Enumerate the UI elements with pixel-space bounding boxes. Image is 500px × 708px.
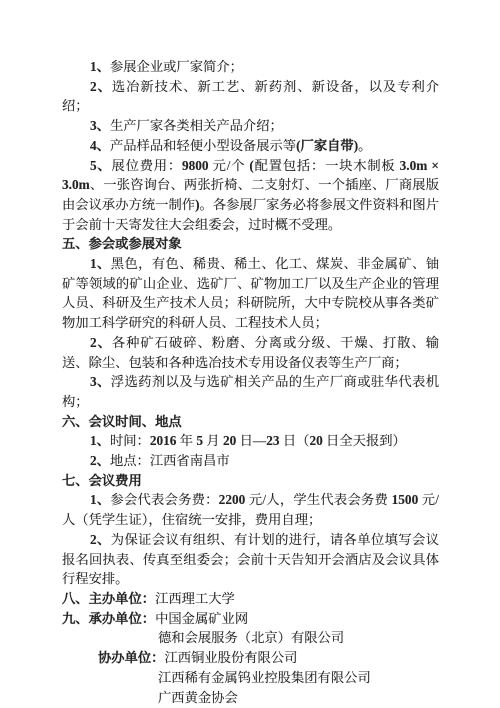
- text-segment: 1、: [90, 433, 110, 448]
- text-segment: 2200: [219, 492, 246, 507]
- text-segment: 生产厂家各类相关产品介绍；: [110, 118, 283, 133]
- fee-item-2: 2、为保证会议有组织、有计划的进行，请各单位填写会议报名回执表、传真至组委会；会…: [62, 530, 439, 589]
- text-segment: 日—: [236, 433, 266, 448]
- document-body: 1、参展企业或厂家简介；2、选冶新技术、新工艺、新药剂、新设备，以及专利介绍；3…: [62, 57, 439, 707]
- text-segment: 日全天报到）: [323, 433, 406, 448]
- text-segment: 2、: [90, 335, 112, 350]
- attendee-item-2: 2、各种矿石破碎、粉磨、分离或分级、干燥、打散、输送、除尘、包装和各种选冶技术专…: [62, 333, 439, 372]
- venue-item: 2、地点：江西省南昌市: [62, 451, 439, 471]
- text-segment: 中国金属矿业网: [155, 611, 248, 626]
- host-line: 八、主办单位：江西理工大学: [62, 589, 439, 609]
- text-segment: 3、: [90, 118, 110, 133]
- text-segment: 2、: [90, 532, 111, 547]
- text-segment: 产品样品和轻便小型设备展示等: [110, 138, 296, 153]
- text-segment: 5、: [90, 158, 112, 173]
- text-segment: 9800: [182, 158, 209, 173]
- text-segment: 黑色，有色、稀贵、稀土、化工、煤炭、非金属矿、铀矿等领域的矿山企业、选矿厂、矿物…: [62, 256, 439, 330]
- text-segment: 展位费用：: [112, 158, 182, 173]
- text-segment: 1、: [90, 59, 110, 74]
- text-segment: 元/人，学生代表会务费: [245, 492, 391, 507]
- text-segment: 时间：: [110, 433, 150, 448]
- organizer-line-2: 德和会展服务（北京）有限公司: [62, 628, 439, 648]
- organizer-line: 九、承办单位：中国金属矿业网: [62, 609, 439, 629]
- text-segment: 年: [176, 433, 196, 448]
- text-segment: 元/个: [209, 158, 250, 173]
- text-segment: 20: [223, 433, 236, 448]
- attendee-item-1: 1、黑色，有色、稀贵、稀土、化工、煤炭、非金属矿、铀矿等领域的矿山企业、选矿厂、…: [62, 254, 439, 333]
- text-segment: 德和会展服务（北京）有限公司: [158, 630, 344, 645]
- text-segment: 广西黄金协会: [158, 690, 238, 705]
- fee-item-1: 1、参会代表会务费：2200 元/人，学生代表会务费 1500 元/人（凭学生证…: [62, 490, 439, 529]
- text-segment: 九、承办单位：: [62, 611, 155, 626]
- exhibit-item-1: 1、参展企业或厂家简介；: [62, 57, 439, 77]
- text-segment: 日（: [280, 433, 310, 448]
- text-segment: 月: [203, 433, 223, 448]
- section-heading-six: 六、会议时间、地点: [62, 412, 439, 432]
- text-segment: 1、: [90, 256, 111, 271]
- exhibit-item-5: 5、展位费用：9800 元/个 (配置包括：一块木制板 3.0m × 3.0m、…: [62, 156, 439, 235]
- text-segment: 1、: [90, 492, 110, 507]
- text-segment: 浮选药剂以及与选矿相关产品的生产厂商或驻华代表机构；: [62, 374, 439, 409]
- text-segment: 2、: [90, 79, 112, 94]
- exhibit-item-4: 4、产品样品和轻便小型设备展示等(厂家自带)。: [62, 136, 439, 156]
- text-segment: 八、主办单位：: [62, 591, 155, 606]
- document-page: 1、参展企业或厂家简介；2、选冶新技术、新工艺、新药剂、新设备，以及专利介绍；3…: [0, 0, 500, 708]
- text-segment: 各种矿石破碎、粉磨、分离或分级、干燥、打散、输送、除尘、包装和各种选冶技术专用设…: [62, 335, 439, 370]
- text-segment: 20: [309, 433, 322, 448]
- text-segment: 23: [266, 433, 279, 448]
- text-segment: 参会代表会务费：: [110, 492, 218, 507]
- section-heading-five: 五、参会或参展对象: [62, 234, 439, 254]
- attendee-item-3: 3、浮选药剂以及与选矿相关产品的生产厂商或驻华代表机构；: [62, 372, 439, 411]
- text-segment: 2、: [90, 453, 110, 468]
- page-number: 4: [0, 651, 500, 661]
- text-segment: 江西稀有金属钨业控股集团有限公司: [158, 670, 371, 685]
- text-segment: (厂家自带): [296, 138, 358, 153]
- text-segment: 地点：江西省南昌市: [110, 453, 230, 468]
- text-segment: 2016: [150, 433, 177, 448]
- time-item: 1、时间：2016 年 5 月 20 日—23 日（20 日全天报到）: [62, 431, 439, 451]
- text-segment: 1500: [392, 492, 419, 507]
- text-segment: 配置包括：一块木制板: [254, 158, 400, 173]
- exhibit-item-2: 2、选冶新技术、新工艺、新药剂、新设备，以及专利介绍；: [62, 77, 439, 116]
- text-segment: 六、会议时间、地点: [62, 414, 182, 429]
- co-organizer-line-2: 江西稀有金属钨业控股集团有限公司: [62, 668, 439, 688]
- text-segment: 七、会议费用: [62, 473, 142, 488]
- section-heading-seven: 七、会议费用: [62, 471, 439, 491]
- text-segment: 选冶新技术、新工艺、新药剂、新设备，以及专利介绍；: [62, 79, 439, 114]
- exhibit-item-3: 3、生产厂家各类相关产品介绍；: [62, 116, 439, 136]
- text-segment: 五、参会或参展对象: [62, 236, 182, 251]
- text-segment: 3、: [90, 374, 111, 389]
- co-organizer-line-3: 广西黄金协会: [62, 688, 439, 708]
- text-segment: 4、: [90, 138, 110, 153]
- text-segment: 参展企业或厂家简介；: [110, 59, 243, 74]
- text-segment: 。: [358, 138, 371, 153]
- text-segment: 为保证会议有组织、有计划的进行，请各单位填写会议报名回执表、传真至组委会；会前十…: [62, 532, 439, 586]
- text-segment: 江西理工大学: [155, 591, 235, 606]
